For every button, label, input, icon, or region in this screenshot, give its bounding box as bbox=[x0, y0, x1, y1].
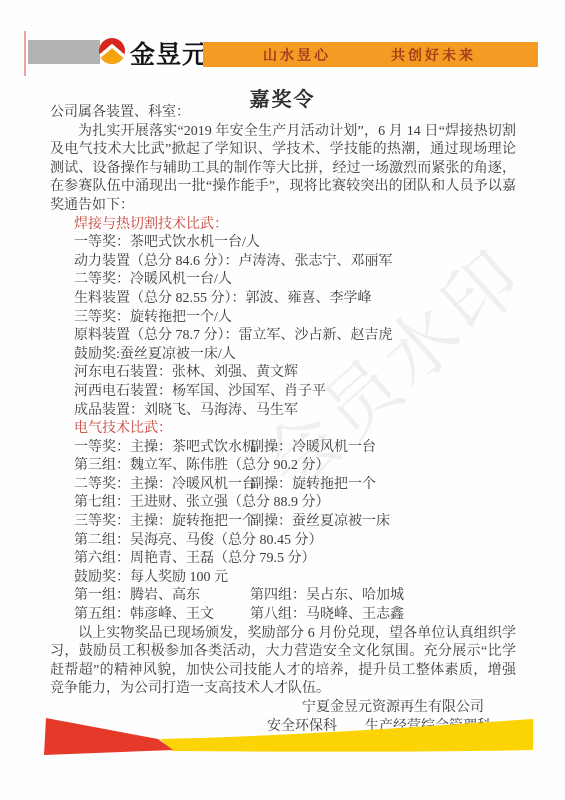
award-line: 第二组：吴海亮、马俊（总分 80.45 分） bbox=[50, 532, 516, 551]
footer-ribbon bbox=[0, 710, 565, 770]
award-line-right: 副操：冷暖风机一台 bbox=[250, 440, 376, 455]
award-line-right: 第八组：马晓峰、王志鑫 bbox=[250, 607, 404, 622]
award-line-left: 三等奖：主操：旋转拖把一个 bbox=[74, 513, 250, 532]
award-line-left: 鼓励奖：每人奖励 100 元 bbox=[74, 569, 250, 588]
section2-heading: 电气技术比武： bbox=[50, 420, 516, 439]
award-line: 第三组：魏立军、陈伟胜（总分 90.2 分） bbox=[50, 457, 516, 476]
award-line: 二等奖：主操：冷暖风机一台副操：旋转拖把一个 bbox=[50, 476, 516, 495]
header-gray-block bbox=[28, 40, 100, 64]
salutation: 公司属各装置、科室： bbox=[50, 104, 516, 123]
closing-paragraph: 以上实物奖品已现场颁发，奖励部分 6 月份兑现，望各单位认真组织学习，鼓励员工积… bbox=[50, 625, 516, 699]
award-line: 生料装置（总分 82.55 分）：郭波、雍喜、李学峰 bbox=[50, 290, 516, 309]
award-line-left: 第五组：韩彦峰、王文 bbox=[74, 606, 250, 625]
award-line: 第五组：韩彦峰、王文第八组：马晓峰、王志鑫 bbox=[50, 606, 516, 625]
document-body: 公司属各装置、科室： 为扎实开展落实“2019 年安全生产月活动计划”，6 月 … bbox=[50, 104, 516, 755]
award-line: 第一组：腾岩、高东第四组：吴占东、哈加城 bbox=[50, 587, 516, 606]
award-line: 第七组：王进财、张立强（总分 88.9 分） bbox=[50, 494, 516, 513]
award-line-left: 一等奖：主操：茶吧式饮水机 bbox=[74, 439, 250, 458]
award-line: 鼓励奖:蚕丝夏凉被一床/人 bbox=[50, 346, 516, 365]
award-line: 动力装置（总分 84.6 分）：卢涛涛、张志宁、邓丽军 bbox=[50, 253, 516, 272]
footer-red-band bbox=[44, 718, 173, 755]
award-line-left: 第一组：腾岩、高东 bbox=[74, 587, 250, 606]
award-line-left: 第六组：周艳青、王磊（总分 79.5 分） bbox=[74, 550, 250, 569]
logo-company-name: 金昱元 bbox=[130, 35, 208, 71]
award-line: 河西电石装置：杨军国、沙国军、肖子平 bbox=[50, 383, 516, 402]
award-line: 成品装置：刘晓飞、马海涛、马生军 bbox=[50, 402, 516, 421]
award-line: 第六组：周艳青、王磊（总分 79.5 分） bbox=[50, 550, 516, 569]
award-line: 原料装置（总分 78.7 分）：雷立军、沙占新、赵吉虎 bbox=[50, 327, 516, 346]
award-line-left: 第三组：魏立军、陈伟胜（总分 90.2 分） bbox=[74, 457, 250, 476]
document-page: 会员水印 金昱元 山水昱心 共创好未来 嘉奖令 公司属各装置、科室： 为扎实开展… bbox=[0, 0, 565, 800]
award-line-right: 副操：旋转拖把一个 bbox=[250, 477, 376, 492]
logo-sun-icon bbox=[98, 36, 126, 71]
footer-yellow-band bbox=[160, 719, 533, 752]
award-line: 二等奖：冷暖风机一台/人 bbox=[50, 271, 516, 290]
award-line-left: 二等奖：主操：冷暖风机一台 bbox=[74, 476, 250, 495]
award-line-left: 第七组：王进财、张立强（总分 88.9 分） bbox=[74, 494, 250, 513]
award-line-left: 第二组：吴海亮、马俊（总分 80.45 分） bbox=[74, 532, 250, 551]
award-line-right: 第四组：吴占东、哈加城 bbox=[250, 588, 404, 603]
company-logo: 金昱元 bbox=[98, 38, 208, 68]
award-line-right: 副操：蚕丝夏凉被一床 bbox=[250, 514, 390, 529]
award-line: 一等奖：茶吧式饮水机一台/人 bbox=[50, 234, 516, 253]
header-slogan-banner: 山水昱心 共创好未来 bbox=[203, 42, 538, 67]
award-line: 三等奖：主操：旋转拖把一个副操：蚕丝夏凉被一床 bbox=[50, 513, 516, 532]
award-line: 鼓励奖：每人奖励 100 元 bbox=[50, 569, 516, 588]
slogan-right: 共创好未来 bbox=[391, 45, 476, 65]
award-line: 三等奖：旋转拖把一个/人 bbox=[50, 309, 516, 328]
award-line: 一等奖：主操：茶吧式饮水机副操：冷暖风机一台 bbox=[50, 439, 516, 458]
section1-heading: 焊接与热切割技术比武： bbox=[50, 216, 516, 235]
scan-edge-mark bbox=[24, 31, 26, 76]
intro-paragraph: 为扎实开展落实“2019 年安全生产月活动计划”，6 月 14 日“焊接热切割及… bbox=[50, 123, 516, 216]
slogan-left: 山水昱心 bbox=[263, 45, 331, 65]
award-line: 河东电石装置：张林、刘强、黄文辉 bbox=[50, 364, 516, 383]
